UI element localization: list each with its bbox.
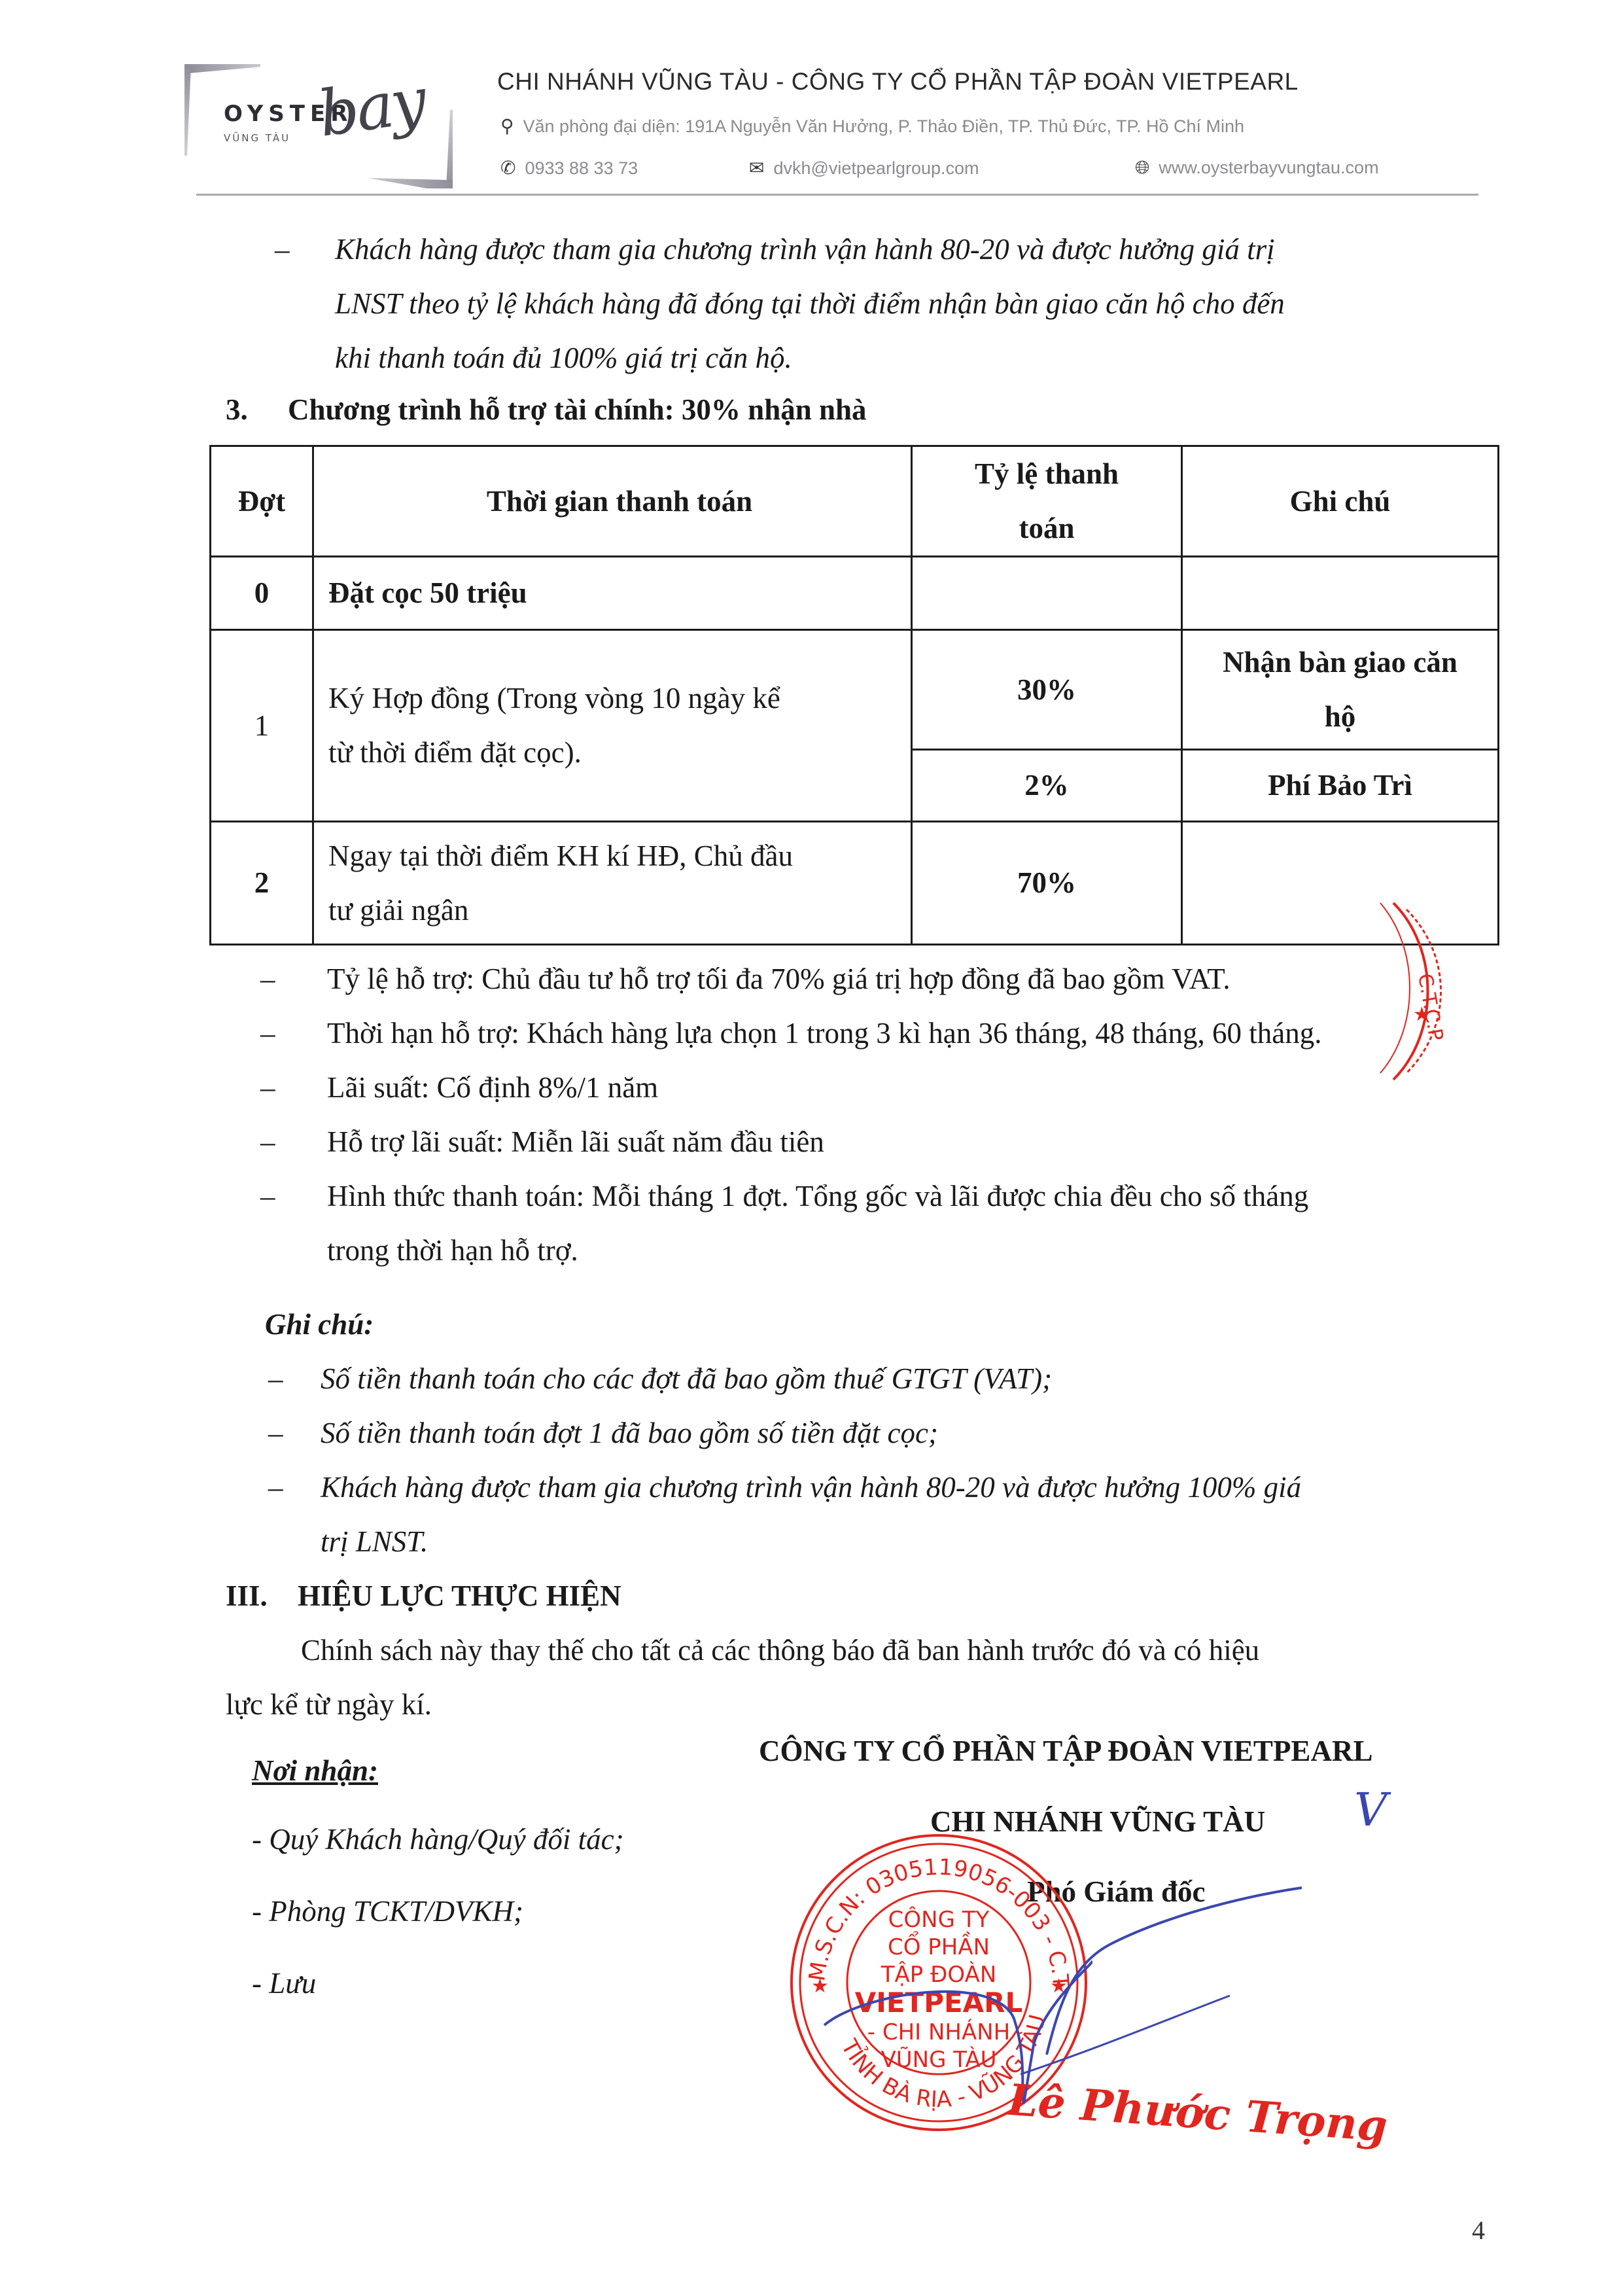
- cell-note: Phí Bảo Trì: [1182, 750, 1499, 822]
- globe-icon: 🌐︎: [1135, 157, 1149, 179]
- recipient-item: - Phòng TCKT/DVKH;: [252, 1884, 523, 1939]
- svg-text:TẬP ĐOÀN: TẬP ĐOÀN: [881, 1961, 997, 1988]
- term-support-period: Thời hạn hỗ trợ: Khách hàng lựa chọn 1 t…: [327, 1006, 1321, 1061]
- term-dash: –: [260, 1169, 275, 1224]
- intro-bullet-dash: –: [275, 222, 290, 277]
- recipients-title: Nơi nhận:: [252, 1744, 378, 1798]
- recipient-item: - Lưu: [252, 1956, 316, 2011]
- letterhead-phone: ✆0933 88 33 73: [500, 157, 638, 179]
- letterhead-address: ⚲Văn phòng đại diện: 191A Nguyễn Văn Hưở…: [500, 115, 1244, 137]
- term-payment-method-cont: trong thời hạn hỗ trợ.: [327, 1224, 578, 1278]
- stamp-fragment: C.T.C.P ★: [1367, 890, 1498, 1086]
- svg-text:VŨNG TÀU: VŨNG TÀU: [881, 2046, 996, 2073]
- section-3-number: 3.: [226, 383, 248, 437]
- table-row: 2 Ngay tại thời điểm KH kí HĐ, Chủ đầu t…: [211, 822, 1499, 945]
- stamp-star-icon: ★: [1413, 1004, 1431, 1025]
- cell-rate: 2%: [912, 750, 1182, 822]
- section-3-title: Chương trình hỗ trợ tài chính: 30% nhận …: [288, 383, 867, 437]
- note-dash: –: [268, 1460, 283, 1515]
- intro-bullet-line: Khách hàng được tham gia chương trình vậ…: [335, 222, 1275, 277]
- svg-text:CỔ PHẦN: CỔ PHẦN: [888, 1930, 990, 1960]
- notes-title: Ghi chú:: [265, 1298, 374, 1352]
- cell-dot: 0: [211, 557, 313, 630]
- note-item: Số tiền thanh toán đợt 1 đã bao gồm số t…: [321, 1406, 938, 1460]
- note-item-cont: trị LNST.: [321, 1515, 428, 1569]
- term-dash: –: [260, 1115, 275, 1169]
- term-interest-support: Hỗ trợ lãi suất: Miễn lãi suất năm đầu t…: [327, 1115, 824, 1169]
- note-item: Số tiền thanh toán cho các đợt đã bao gồ…: [321, 1352, 1052, 1406]
- map-pin-icon: ⚲: [500, 115, 514, 137]
- section-iii-paragraph: Chính sách này thay thế cho tất cả các t…: [301, 1623, 1259, 1678]
- logo-script: bay: [314, 63, 428, 150]
- payment-schedule-table: Đợt Thời gian thanh toán Tỷ lệ thanh toá…: [209, 445, 1499, 945]
- phone-icon: ✆: [500, 157, 515, 179]
- letterhead-divider: [196, 194, 1478, 196]
- cell-note: [1182, 557, 1499, 630]
- table-header-row: Đợt Thời gian thanh toán Tỷ lệ thanh toá…: [211, 446, 1499, 557]
- logo-frame-right: [446, 110, 453, 188]
- cell-time: Ký Hợp đồng (Trong vòng 10 ngày kể từ th…: [313, 630, 912, 822]
- letterhead-email[interactable]: ✉dvkh@vietpearlgroup.com: [749, 157, 979, 179]
- note-dash: –: [268, 1352, 283, 1406]
- signature-company: CÔNG TY CỔ PHẦN TẬP ĐOÀN VIETPEARL: [759, 1724, 1372, 1778]
- header-rate: Tỷ lệ thanh toán: [912, 446, 1182, 557]
- stamp-star-icon: ★: [811, 1975, 829, 1997]
- term-dash: –: [260, 952, 275, 1006]
- section-iii-paragraph-cont: lực kể từ ngày kí.: [226, 1678, 432, 1732]
- cell-time: Đặt cọc 50 triệu: [313, 557, 912, 630]
- logo-frame-bottom: [368, 178, 453, 188]
- handwritten-signature: [1021, 1884, 1321, 2081]
- header-time: Thời gian thanh toán: [313, 446, 912, 557]
- table-row: 1 Ký Hợp đồng (Trong vòng 10 ngày kể từ …: [211, 630, 1499, 750]
- note-dash: –: [268, 1406, 283, 1460]
- term-payment-method: Hình thức thanh toán: Mỗi tháng 1 đợt. T…: [327, 1169, 1308, 1224]
- company-logo: OYSTER VŨNG TÀU bay: [184, 64, 453, 188]
- intro-bullet-line: khi thanh toán đủ 100% giá trị căn hộ.: [335, 331, 792, 385]
- cell-note: Nhận bàn giao căn hộ: [1182, 630, 1499, 750]
- logo-subtitle: VŨNG TÀU: [224, 132, 290, 144]
- svg-text:CÔNG TY: CÔNG TY: [888, 1906, 990, 1933]
- logo-frame-top: [188, 64, 260, 73]
- intro-bullet-line: LNST theo tỷ lệ khách hàng đã đóng tại t…: [335, 277, 1285, 331]
- letterhead-website[interactable]: 🌐︎www.oysterbayvungtau.com: [1135, 157, 1379, 179]
- cell-time: Ngay tại thời điểm KH kí HĐ, Chủ đầu tư …: [313, 822, 912, 945]
- cell-rate: 30%: [912, 630, 1182, 750]
- cell-rate: [912, 557, 1182, 630]
- section-iii-title: HIỆU LỰC THỰC HIỆN: [298, 1569, 621, 1623]
- term-dash: –: [260, 1006, 275, 1061]
- mail-icon: ✉: [749, 157, 764, 179]
- svg-text:- CHI NHÁNH: - CHI NHÁNH: [867, 2019, 1010, 2045]
- recipient-item: - Quý Khách hàng/Quý đối tác;: [252, 1812, 624, 1867]
- logo-frame-left: [184, 64, 191, 156]
- letterhead-title: CHI NHÁNH VŨNG TÀU - CÔNG TY CỔ PHẦN TẬP…: [497, 68, 1299, 96]
- header-note: Ghi chú: [1182, 446, 1499, 557]
- table-row: 0 Đặt cọc 50 triệu: [211, 557, 1499, 630]
- note-item: Khách hàng được tham gia chương trình vậ…: [321, 1460, 1301, 1515]
- header-dot: Đợt: [211, 446, 313, 557]
- term-support-rate: Tỷ lệ hỗ trợ: Chủ đầu tư hỗ trợ tối đa 7…: [327, 952, 1230, 1006]
- term-interest-rate: Lãi suất: Cố định 8%/1 năm: [327, 1061, 658, 1115]
- cell-dot: 2: [211, 822, 313, 945]
- page-number: 4: [1472, 2215, 1485, 2246]
- term-dash: –: [260, 1061, 275, 1115]
- cell-dot: 1: [211, 630, 313, 822]
- signer-name: Lê Phước Trọng: [1006, 2074, 1389, 2151]
- initial-mark: V: [1354, 1783, 1387, 1837]
- cell-rate: 70%: [912, 822, 1182, 945]
- section-iii-number: III.: [226, 1569, 268, 1623]
